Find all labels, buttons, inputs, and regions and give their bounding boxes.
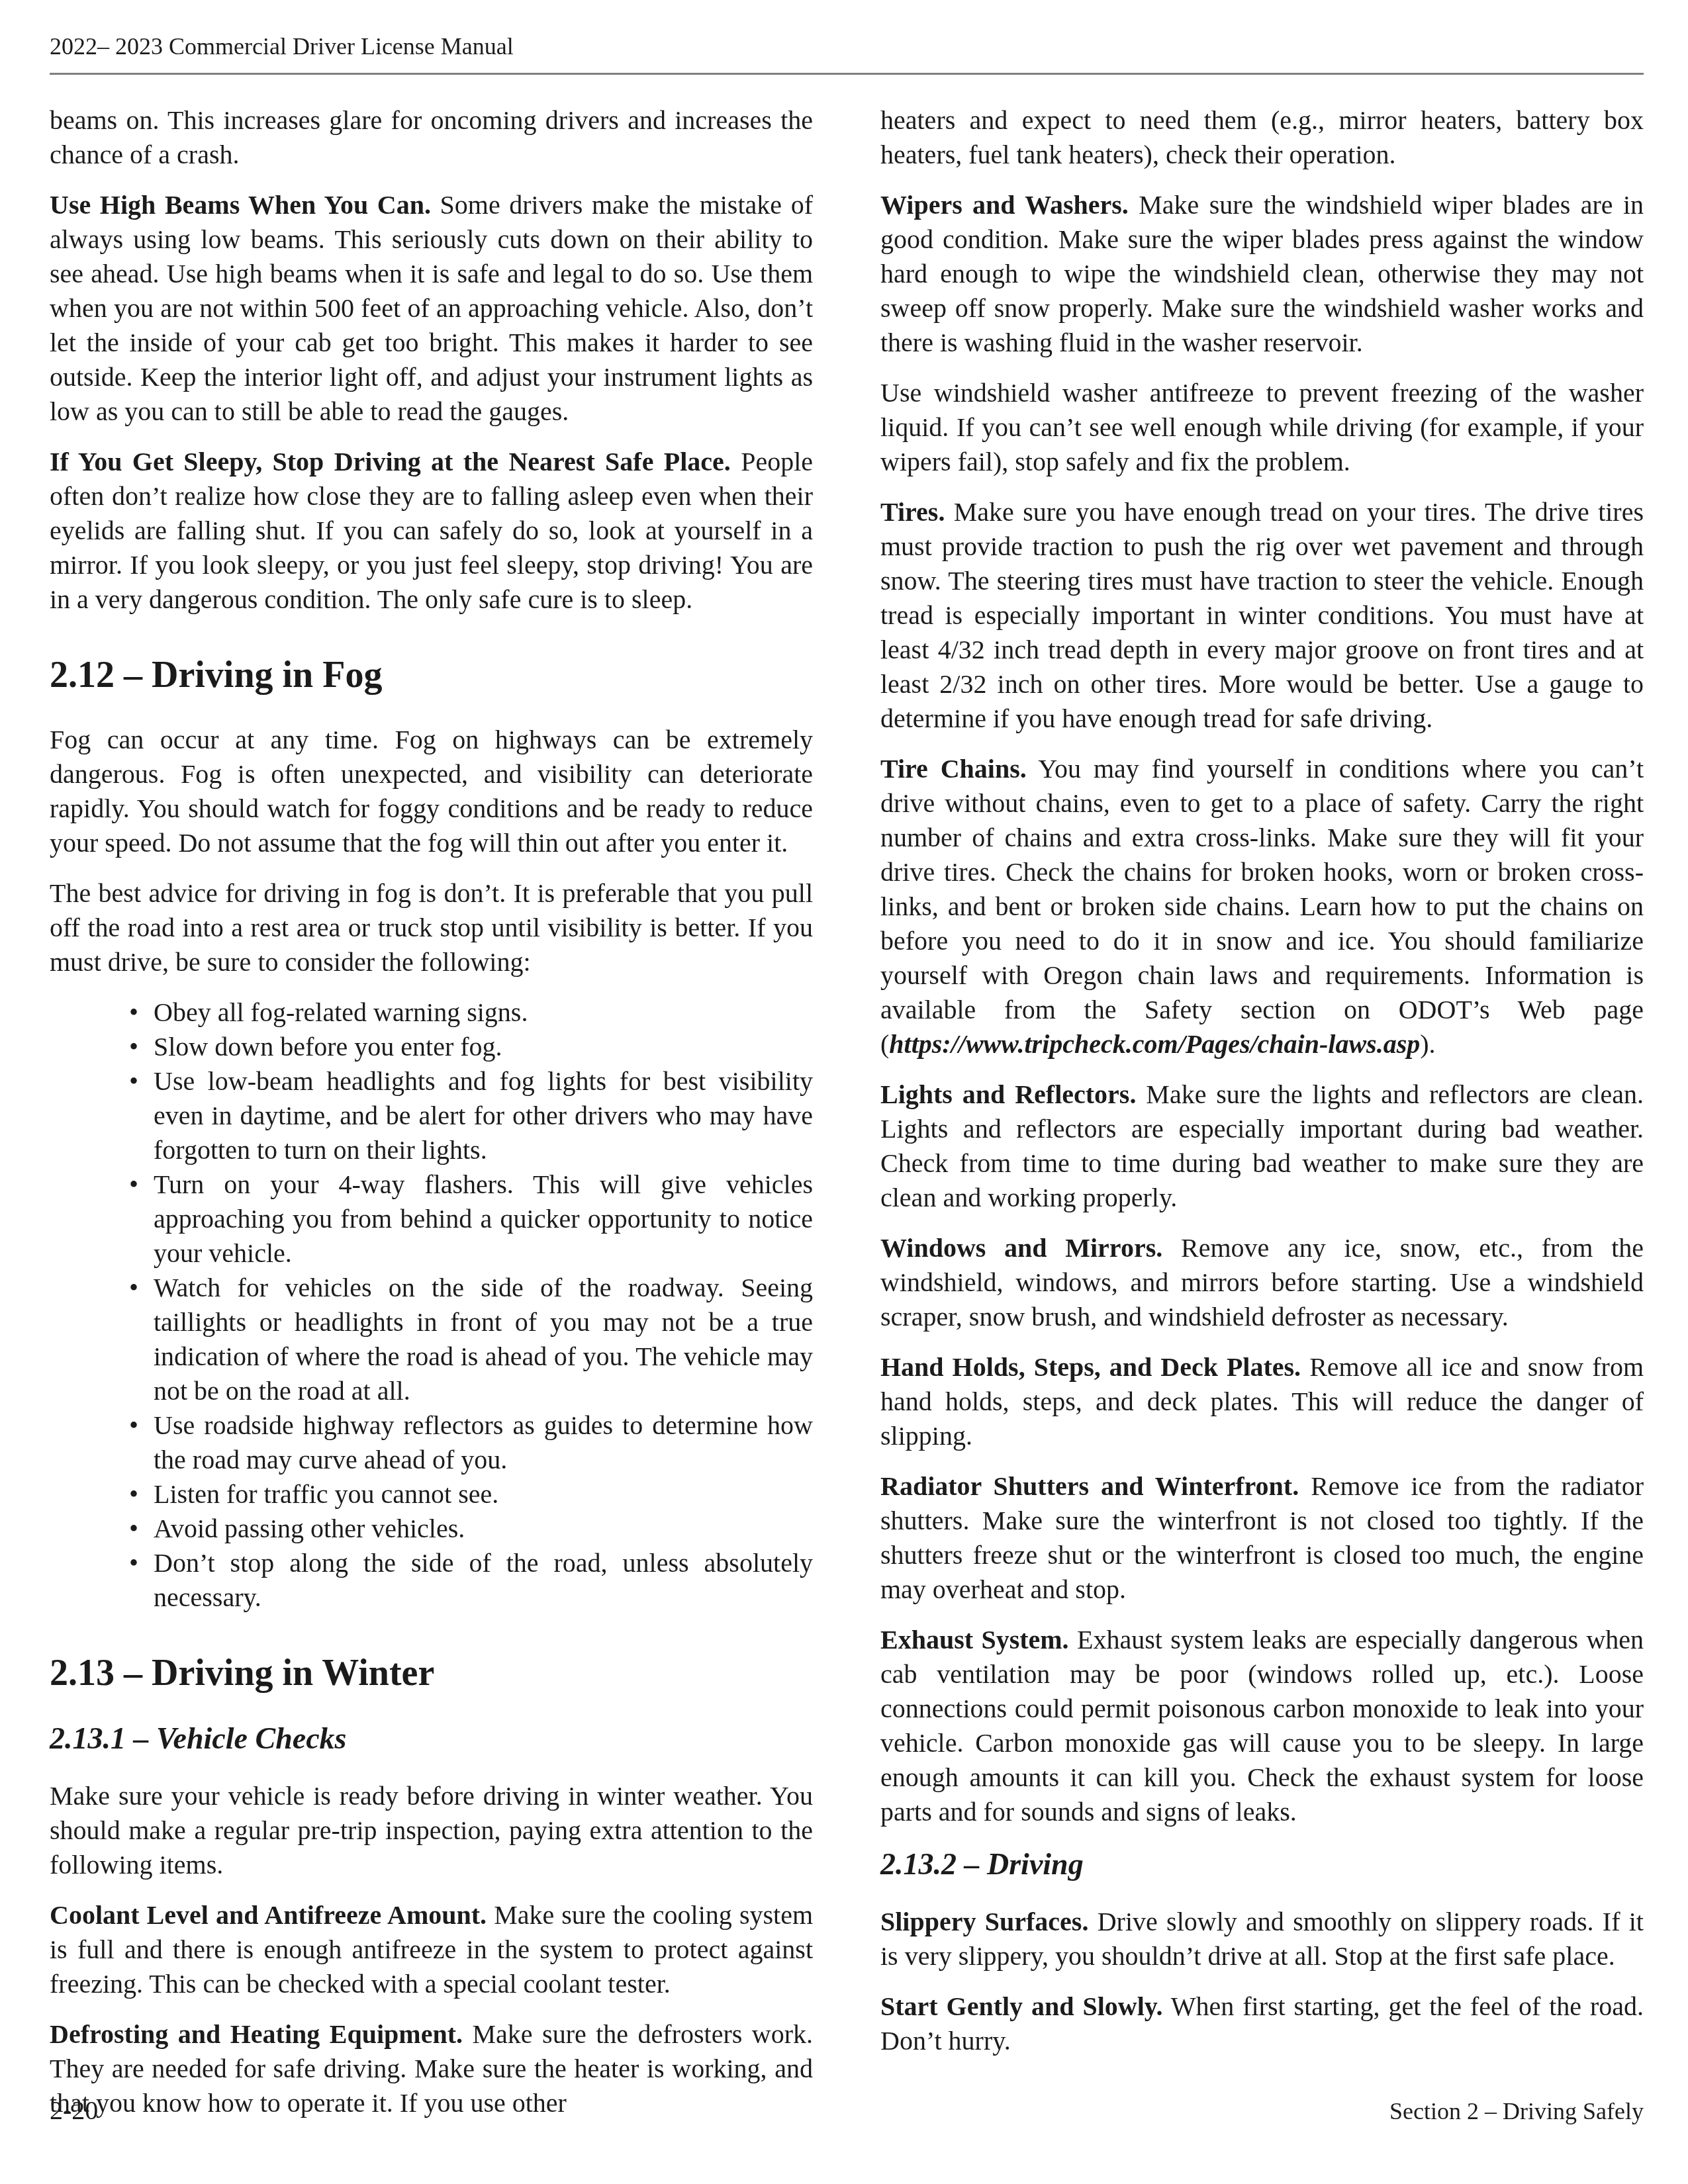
run-in-heading: Start Gently and Slowly.	[880, 1991, 1163, 2021]
paragraph: heaters and expect to need them (e.g., m…	[880, 103, 1644, 172]
paragraph: If You Get Sleepy, Stop Driving at the N…	[50, 445, 813, 617]
page-header: 2022– 2023 Commercial Driver License Man…	[50, 33, 1644, 75]
paragraph: Coolant Level and Antifreeze Amount. Mak…	[50, 1898, 813, 2001]
run-in-heading: Exhaust System.	[880, 1625, 1069, 1655]
page-number: 2-20	[50, 2095, 98, 2126]
run-in-heading: Hand Holds, Steps, and Deck Plates.	[880, 1352, 1301, 1382]
paragraph: Fog can occur at any time. Fog on highwa…	[50, 723, 813, 860]
run-in-heading: Use High Beams When You Can.	[50, 190, 431, 220]
run-in-heading: Tires.	[880, 497, 945, 527]
left-column: beams on. This increases glare for oncom…	[50, 103, 813, 2136]
bullet-item: Watch for vehicles on the side of the ro…	[50, 1271, 813, 1408]
bullet-item: Don’t stop along the side of the road, u…	[50, 1546, 813, 1615]
section-heading: 2.13 – Driving in Winter	[50, 1652, 813, 1694]
paragraph: Lights and Reflectors. Make sure the lig…	[880, 1077, 1644, 1215]
bullet-item: Slow down before you enter fog.	[50, 1030, 813, 1064]
two-column-body: beams on. This increases glare for oncom…	[50, 103, 1644, 2136]
paragraph: Tires. Make sure you have enough tread o…	[880, 495, 1644, 736]
bullet-item: Use roadside highway reflectors as guide…	[50, 1408, 813, 1477]
run-in-heading: Radiator Shutters and Winterfront.	[880, 1471, 1299, 1501]
right-column: heaters and expect to need them (e.g., m…	[880, 103, 1644, 2136]
paragraph: Hand Holds, Steps, and Deck Plates. Remo…	[880, 1350, 1644, 1453]
paragraph: Exhaust System. Exhaust system leaks are…	[880, 1623, 1644, 1829]
bullet-item: Avoid passing other vehicles.	[50, 1512, 813, 1546]
bullet-item: Turn on your 4-way flashers. This will g…	[50, 1167, 813, 1271]
paragraph: Wipers and Washers. Make sure the windsh…	[880, 188, 1644, 360]
bullet-item: Obey all fog-related warning signs.	[50, 995, 813, 1030]
paragraph: Windows and Mirrors. Remove any ice, sno…	[880, 1231, 1644, 1334]
bullet-list: Obey all fog-related warning signs.Slow …	[50, 995, 813, 1615]
paragraph: Tire Chains. You may find yourself in co…	[880, 752, 1644, 1062]
paragraph: Make sure your vehicle is ready before d…	[50, 1779, 813, 1882]
footer-section-label: Section 2 – Driving Safely	[1389, 2097, 1644, 2125]
url-text: https://www.tripcheck.com/Pages/chain-la…	[889, 1029, 1420, 1059]
section-heading: 2.12 – Driving in Fog	[50, 654, 813, 696]
paragraph: Start Gently and Slowly. When first star…	[880, 1989, 1644, 2058]
bullet-item: Use low-beam headlights and fog lights f…	[50, 1064, 813, 1167]
paragraph: Slippery Surfaces. Drive slowly and smoo…	[880, 1905, 1644, 1974]
run-in-heading: Lights and Reflectors.	[880, 1079, 1136, 1109]
run-in-heading: If You Get Sleepy, Stop Driving at the N…	[50, 447, 731, 477]
paragraph: Use High Beams When You Can. Some driver…	[50, 188, 813, 429]
bullet-item: Listen for traffic you cannot see.	[50, 1477, 813, 1512]
manual-page: 2022– 2023 Commercial Driver License Man…	[0, 0, 1688, 2184]
paragraph: Use windshield washer antifreeze to prev…	[880, 376, 1644, 479]
subsection-heading: 2.13.2 – Driving	[880, 1846, 1644, 1882]
paragraph: The best advice for driving in fog is do…	[50, 876, 813, 979]
run-in-heading: Slippery Surfaces.	[880, 1907, 1088, 1936]
run-in-heading: Tire Chains.	[880, 754, 1027, 784]
page-footer: 2-20 Section 2 – Driving Safely	[50, 2095, 1644, 2126]
run-in-heading: Coolant Level and Antifreeze Amount.	[50, 1900, 487, 1930]
run-in-heading: Defrosting and Heating Equipment.	[50, 2019, 463, 2049]
subsection-heading: 2.13.1 – Vehicle Checks	[50, 1721, 813, 1756]
paragraph: Radiator Shutters and Winterfront. Remov…	[880, 1469, 1644, 1607]
run-in-heading: Wipers and Washers.	[880, 190, 1129, 220]
page-title: 2022– 2023 Commercial Driver License Man…	[50, 33, 1644, 60]
paragraph: beams on. This increases glare for oncom…	[50, 103, 813, 172]
run-in-heading: Windows and Mirrors.	[880, 1233, 1162, 1263]
